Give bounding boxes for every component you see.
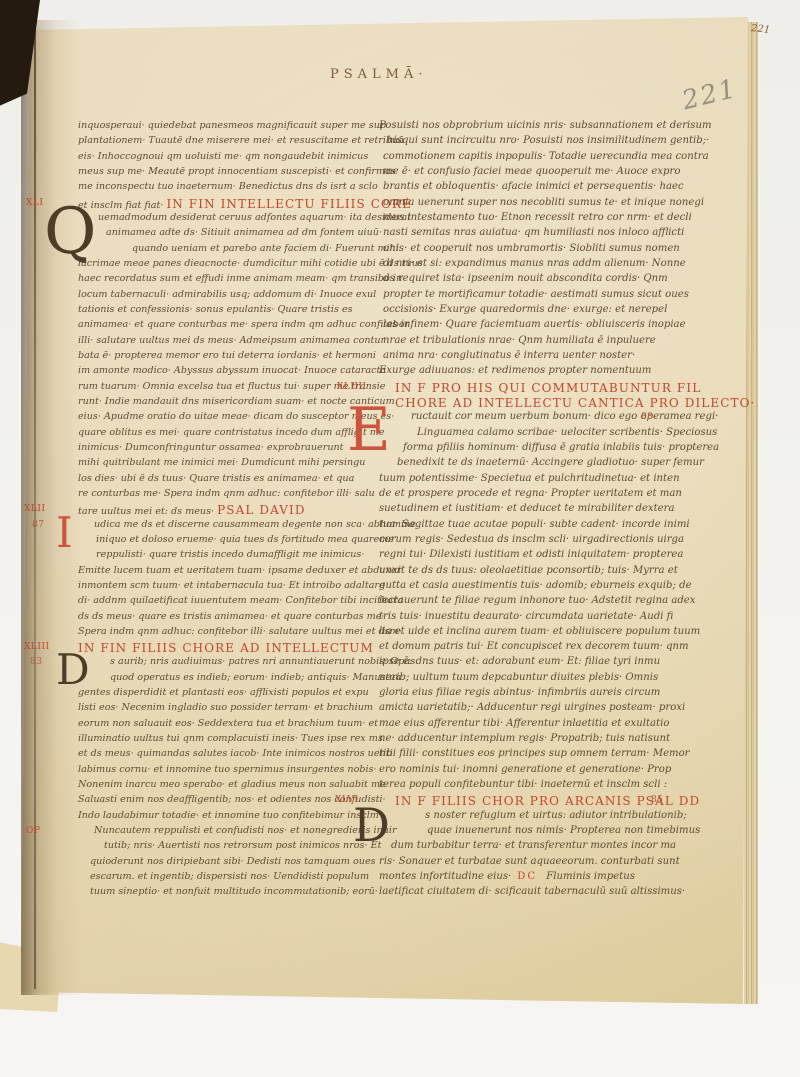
text-line: dum turbabitur terra· et transferentur m… bbox=[379, 840, 741, 855]
text-line: tibi filii· constitues eos principes sup… bbox=[379, 748, 741, 763]
psalm-text: me inconspectu tuo inaeternum· Benedictu… bbox=[78, 181, 378, 192]
text-line: ructauit cor meum uerbum bonum· dico ego… bbox=[379, 411, 741, 426]
psalm-text: bata ē· propterea memor ero tui deterra … bbox=[78, 350, 376, 361]
psalm-text: Nonenim inarcu meo sperabo· et gladius m… bbox=[78, 779, 389, 790]
psalm-text: escarum. et ingentib; dispersisti nos· U… bbox=[90, 871, 369, 882]
text-line: plantationem· Tuautē dne miserere mei· e… bbox=[78, 135, 390, 150]
psalm-text: mus intestamento tuo· Etnon recessit ret… bbox=[383, 212, 692, 223]
text-line: tare uultus mei et: ds meus· PSAL DAVIDX… bbox=[78, 503, 390, 518]
psalm-text: ero nominis tui· inomni generatione et g… bbox=[379, 764, 671, 775]
psalm-text: montes infortitudine eius· bbox=[379, 871, 511, 882]
psalm-text: inimicus· Dumconfringuntur ossamea· expr… bbox=[78, 442, 344, 453]
drop-initial: Q bbox=[44, 208, 96, 258]
psalm-text: laetificat ciuitatem di· scificauit tabe… bbox=[379, 886, 685, 897]
psalm-text: dum turbabitur terra· et transferentur m… bbox=[391, 840, 676, 851]
psalm-text: amicta uarietatib;· Adducentur regi uirg… bbox=[379, 702, 685, 713]
text-line: quare oblitus es mei· quare contristatus… bbox=[78, 427, 390, 442]
text-line: illi· salutare uultus mei ds meus· Admei… bbox=[78, 335, 390, 350]
psalm-text: s noster refugium et uirtus: adiutor int… bbox=[425, 810, 687, 821]
margin-numeral: OP bbox=[26, 826, 40, 836]
text-line: Nonenim inarcu meo sperabo· et gladius m… bbox=[78, 779, 390, 794]
psalm-text: occisionis· Exurge quaredormis dne· exur… bbox=[383, 304, 667, 315]
psalm-text: propter te mortificamur totadie· aestima… bbox=[383, 289, 689, 300]
psalm-text: lectauerunt te filiae regum inhonore tuo… bbox=[379, 595, 695, 606]
psalm-text: anima nra· conglutinatus ē interra uente… bbox=[383, 350, 635, 361]
psalm-text: nerib; uultum tuum depcabuntur diuites p… bbox=[379, 672, 658, 683]
text-line: gloria eius filiae regis abintus· infimb… bbox=[379, 687, 741, 702]
text-line: labimus cornu· et innomine tuo spernimus… bbox=[78, 764, 390, 779]
psalm-text: eorum non saluauit eos· Seddextera tua e… bbox=[78, 718, 378, 729]
text-line: locum tabernaculi· admirabilis usq; addo… bbox=[78, 289, 390, 304]
psalm-text: illi· salutare uultus mei ds meus· Admei… bbox=[78, 335, 385, 346]
psalm-text: nrae et tribulationis nrae· Qnm humiliat… bbox=[383, 335, 656, 346]
text-line: de et prospere procede et regna· Propter… bbox=[379, 488, 741, 503]
text-line: montes infortitudine eius·DC Fluminis im… bbox=[379, 871, 741, 886]
psalm-text: Spera indm qnm adhuc: confitebor illi· s… bbox=[78, 626, 402, 637]
text-line: IN F FILIIS CHOR PRO ARCANIS PSAL DDXLVI… bbox=[379, 794, 741, 809]
psalm-text: quod operatus es indieb; eorum· indieb; … bbox=[110, 672, 401, 683]
text-line: regni tui· Dilexisti iustitiam et odisti… bbox=[379, 549, 741, 564]
text-line: s noster refugium et uirtus: adiutor int… bbox=[379, 810, 741, 825]
text-line: las infinem· Quare faciemtuam auertis· o… bbox=[379, 319, 741, 334]
psalm-text: tationis et confessionis· sonus epulanti… bbox=[78, 304, 353, 315]
psalm-text: di· addnm quilaetificat iuuentutem meam·… bbox=[78, 595, 403, 606]
text-line: me ē· et confusio faciei meae quooperuit… bbox=[379, 166, 741, 181]
text-line: animamea adte ds· Sitiuit animamea ad dm… bbox=[78, 227, 390, 242]
text-line: Linguamea calamo scribae· uelociter scri… bbox=[379, 427, 741, 442]
psalm-text: de et prospere procede et regna· Propter… bbox=[379, 488, 682, 499]
margin-numeral: 83 bbox=[30, 657, 42, 667]
psalm-text: plantationem· Tuautē dne miserere mei· e… bbox=[78, 135, 404, 146]
psalm-text: ructauit cor meum uerbum bonum· dico ego… bbox=[411, 411, 718, 422]
psalm-text: Exurge adiuuanos: et redimenos propter n… bbox=[379, 365, 652, 376]
psalm-text: quioderunt nos diripiebant sibi· Dedisti… bbox=[90, 856, 376, 867]
text-column-right: Posuisti nos obprobrium uicinis nris· su… bbox=[379, 120, 741, 902]
text-line: lectauerunt te filiae regum inhonore tuo… bbox=[379, 595, 741, 610]
text-line: bata ē· propterea memor ero tui deterra … bbox=[78, 350, 390, 365]
margin-numeral: 88 bbox=[641, 412, 653, 422]
psalm-text: reppulisti· quare tristis incedo dumaffl… bbox=[96, 549, 364, 560]
text-line: mihi quitribulant me inimici mei· Dumdic… bbox=[78, 457, 390, 472]
psalm-text: hisqui sunt incircuitu nro· Posuisti nos… bbox=[387, 135, 709, 146]
text-line: ipse ē: dns tuus· et: adorabunt eum· Et:… bbox=[379, 656, 741, 671]
text-line: unxit te ds ds tuus: oleolaetitiae pcons… bbox=[379, 565, 741, 580]
psalm-text: inquosperaui· quiedebat panesmeos magnif… bbox=[78, 120, 386, 131]
text-line: nasti semitas nras auiatua· qm humiliast… bbox=[379, 227, 741, 242]
text-line: suetudinem et iustitiam· et deducet te m… bbox=[379, 503, 741, 518]
drop-initial: D bbox=[56, 654, 90, 687]
text-line: benedixit te ds inaeternū· Accingere gla… bbox=[379, 457, 741, 472]
psalm-text: im amonte modico· Abyssus abyssum inuoca… bbox=[78, 365, 386, 376]
rubric-text: PSAL DAVID bbox=[217, 503, 305, 517]
text-line: meus sup me· Meautē propt innocentiam su… bbox=[78, 166, 390, 181]
psalm-text: quando ueniam et parebo ante faciem di· … bbox=[132, 243, 399, 254]
psalm-text: me ē· et confusio faciei meae quooperuit… bbox=[383, 166, 680, 177]
psalm-text: nasti semitas nras auiatua· qm humiliast… bbox=[383, 227, 684, 238]
folio-number-ink: 221 bbox=[750, 23, 770, 36]
psalm-text: ds requiret ista· ipseenim nouit abscond… bbox=[383, 273, 668, 284]
text-line: IN FIN FILIIS CHORE AD INTELLECTUMXLIII bbox=[78, 641, 390, 656]
psalm-text: mae eius afferentur tibi· Afferentur inl… bbox=[379, 718, 669, 729]
text-column-left: inquosperaui· quiedebat panesmeos magnif… bbox=[78, 120, 390, 902]
text-line: Posuisti nos obprobrium uicinis nris· su… bbox=[379, 120, 741, 135]
text-line: inmontem scm tuum· et intabernacula tua·… bbox=[78, 580, 390, 595]
text-line: ris· Sonauer et turbatae sunt aquaeeorum… bbox=[379, 856, 741, 871]
text-line: amicta uarietatib;· Adducentur regi uirg… bbox=[379, 702, 741, 717]
psalm-text: animamea· et quare conturbas me· spera i… bbox=[78, 319, 409, 330]
text-line: runt· Indie mandauit dns misericordiam s… bbox=[78, 396, 390, 411]
psalm-text: tutib; nris· Auertisti nos retrorsum pos… bbox=[104, 840, 381, 851]
text-line: inquosperaui· quiedebat panesmeos magnif… bbox=[78, 120, 390, 135]
drop-initial: E bbox=[347, 407, 391, 454]
text-line: onis· et cooperuit nos umbramortis· Siob… bbox=[379, 243, 741, 258]
text-line: occisionis· Exurge quaredormis dne· exur… bbox=[379, 304, 741, 319]
psalm-text: di nri· et si: expandimus manus nras add… bbox=[383, 258, 686, 269]
psalm-text: re conturbas me· Spera indm qnm adhuc: c… bbox=[78, 488, 375, 499]
text-line: re conturbas me· Spera indm qnm adhuc: c… bbox=[78, 488, 390, 503]
text-line: gentes disperdidit et plantasti eos· aff… bbox=[78, 687, 390, 702]
psalm-text: gloria eius filiae regis abintus· infimb… bbox=[379, 687, 660, 698]
psalm-text: lia et uide et inclina aurem tuam· et ob… bbox=[379, 626, 700, 637]
psalm-text: ds ds meus· quare es tristis animamea· e… bbox=[78, 611, 384, 622]
psalm-text: tare uultus mei et: ds meus· bbox=[78, 506, 217, 517]
text-line: animamea· et quare conturbas me· spera i… bbox=[78, 319, 390, 334]
margin-numeral: XLIII bbox=[24, 642, 50, 652]
psalm-text: et domum patris tui· Et concupiscet rex … bbox=[379, 641, 689, 652]
drop-initial: D bbox=[353, 808, 390, 844]
text-line: im amonte modico· Abyssus abyssum inuoca… bbox=[78, 365, 390, 380]
psalm-text: regni tui· Dilexisti iustitiam et odisti… bbox=[379, 549, 683, 560]
text-line: ne· adducentur intemplum regis· Propatri… bbox=[379, 733, 741, 748]
psalm-text: tris tuis· inuestitu deaurato· circumdat… bbox=[379, 611, 673, 622]
text-line: Indo laudabimur totadie· et innomine tuo… bbox=[78, 810, 390, 825]
psalm-text: tuum sineptio· et nonfuit multitudo inco… bbox=[90, 886, 378, 897]
psalm-text: et ds meus· quimandas salutes iacob· Int… bbox=[78, 748, 393, 759]
text-line: tua· Sagittae tuae acutae populi· subte … bbox=[379, 519, 741, 534]
psalm-text: gutta et casia auestimentis tuis· adomib… bbox=[379, 580, 692, 591]
margin-numeral: 85 bbox=[651, 795, 663, 805]
psalm-text: lacrimae meae panes dieacnocte· dumdicit… bbox=[78, 258, 423, 269]
text-line: tuum potentissime· Specietua et pulchrit… bbox=[379, 473, 741, 488]
running-title: PSALMĀ· bbox=[330, 67, 428, 82]
psalm-text: forma pfiliis hominum· diffusa ē gratia … bbox=[403, 442, 719, 453]
text-line: quando ueniam et parebo ante faciem di· … bbox=[78, 243, 390, 258]
psalm-text: iniquo et doloso erueme· quia tues ds fo… bbox=[96, 534, 394, 545]
text-line: quioderunt nos diripiebant sibi· Dedisti… bbox=[78, 856, 390, 871]
text-line: eorum non saluauit eos· Seddextera tua e… bbox=[78, 718, 390, 733]
text-line: commotionem capitis inpopulis· Totadie u… bbox=[379, 151, 741, 166]
text-line: omnia uenerunt super nos necobliti sumus… bbox=[379, 197, 741, 212]
rubric-text: IN FIN FILIIS CHORE AD INTELLECTUM bbox=[78, 641, 374, 655]
text-line: anima nra· conglutinatus ē interra uente… bbox=[379, 350, 741, 365]
psalm-text: terea populi confitebuntur tibi· inaeter… bbox=[379, 779, 667, 790]
psalm-text: meus sup me· Meautē propt innocentiam su… bbox=[78, 166, 396, 177]
psalm-text: labimus cornu· et innomine tuo spernimus… bbox=[78, 764, 377, 775]
text-line: s aurib; nris audiuimus· patres nri annu… bbox=[78, 656, 390, 671]
psalm-text: ne· adducentur intemplum regis· Propatri… bbox=[379, 733, 670, 744]
text-line: udica me ds et discerne causammeam degen… bbox=[78, 519, 390, 534]
psalm-text: Fluminis impetus bbox=[543, 871, 635, 882]
text-line: di· addnm quilaetificat iuuentutem meam·… bbox=[78, 595, 390, 610]
text-line: quod operatus es indieb; eorum· indieb; … bbox=[78, 672, 390, 687]
psalm-text: Indo laudabimur totadie· et innomine tuo… bbox=[78, 810, 382, 821]
text-line: lia et uide et inclina aurem tuam· et ob… bbox=[379, 626, 741, 641]
psalm-text: haec recordatus sum et effudi inme anima… bbox=[78, 273, 402, 284]
text-line: lacrimae meae panes dieacnocte· dumdicit… bbox=[78, 258, 390, 273]
text-line: et domum patris tui· Et concupiscet rex … bbox=[379, 641, 741, 656]
text-line: laetificat ciuitatem di· scificauit tabe… bbox=[379, 886, 741, 901]
psalm-text: los dies· ubi ē ds tuus· Quare tristis e… bbox=[78, 473, 354, 484]
text-line: tris tuis· inuestitu deaurato· circumdat… bbox=[379, 611, 741, 626]
text-line: iniquo et doloso erueme· quia tues ds fo… bbox=[78, 534, 390, 549]
psalm-text: eis· Inhoccognoui qm uoluisti me· qm non… bbox=[78, 151, 368, 162]
psalm-text: quare oblitus es mei· quare contristatus… bbox=[78, 427, 385, 438]
rubric-text: IN FIN INTELLECTU FILIIS CORE bbox=[166, 197, 412, 211]
psalm-text: ris· Sonauer et turbatae sunt aquaeeorum… bbox=[379, 856, 680, 867]
text-line: uemadmodum desiderat ceruus adfontes aqu… bbox=[78, 212, 390, 227]
margin-numeral: XLI bbox=[26, 198, 43, 208]
psalm-text: udica me ds et discerne causammeam degen… bbox=[94, 519, 416, 530]
psalm-text: gentes disperdidit et plantasti eos· aff… bbox=[78, 687, 369, 698]
text-line: tationis et confessionis· sonus epulanti… bbox=[78, 304, 390, 319]
text-line: Nuncautem reppulisti et confudisti nos· … bbox=[78, 825, 390, 840]
psalm-text: listi eos· Necenim ingladio suo possider… bbox=[78, 702, 373, 713]
drop-initial: I bbox=[56, 517, 73, 550]
psalm-text: ipse ē: dns tuus· et: adorabunt eum· Et:… bbox=[379, 656, 660, 667]
text-line: CHORE AD INTELLECTU CANTICA PRO DILECTO· bbox=[379, 396, 741, 411]
text-line: mus intestamento tuo· Etnon recessit ret… bbox=[379, 212, 741, 227]
text-line: mae eius afferentur tibi· Afferentur inl… bbox=[379, 718, 741, 733]
psalm-text: illuminatio uultus tui qnm complacuisti … bbox=[78, 733, 383, 744]
psalm-text: tuum potentissime· Specietua et pulchrit… bbox=[379, 473, 680, 484]
psalm-text: quae inuenerunt nos nimis· Propterea non… bbox=[427, 825, 700, 836]
text-line: eis· Inhoccognoui qm uoluisti me· qm non… bbox=[78, 151, 390, 166]
text-line: propter te mortificamur totadie· aestima… bbox=[379, 289, 741, 304]
psalm-text: locum tabernaculi· admirabilis usq; addo… bbox=[78, 289, 376, 300]
text-line: listi eos· Necenim ingladio suo possider… bbox=[78, 702, 390, 717]
psalm-text: animamea adte ds· Sitiuit animamea ad dm… bbox=[106, 227, 382, 238]
psalm-text: las infinem· Quare faciemtuam auertis· o… bbox=[383, 319, 686, 330]
psalm-text: tibi filii· constitues eos principes sup… bbox=[379, 748, 690, 759]
psalm-text: suetudinem et iustitiam· et deducet te m… bbox=[379, 503, 675, 514]
text-line: ds requiret ista· ipseenim nouit abscond… bbox=[379, 273, 741, 288]
margin-numeral: XLIIII bbox=[337, 382, 367, 392]
psalm-text: s aurib; nris audiuimus· patres nri annu… bbox=[110, 656, 415, 667]
psalm-text: DC bbox=[511, 871, 543, 882]
psalm-text: onis· et cooperuit nos umbramortis· Siob… bbox=[383, 243, 680, 254]
psalm-text: Linguamea calamo scribae· uelociter scri… bbox=[417, 427, 717, 438]
psalm-text: omnia uenerunt super nos necobliti sumus… bbox=[383, 197, 704, 208]
psalm-text: Emitte lucem tuam et ueritatem tuam· ips… bbox=[78, 565, 401, 576]
text-line: Spera indm qnm adhuc: confitebor illi· s… bbox=[78, 626, 390, 641]
psalm-text: uemadmodum desiderat ceruus adfontes aqu… bbox=[98, 212, 411, 223]
psalm-text: inmontem scm tuum· et intabernacula tua·… bbox=[78, 580, 385, 591]
text-line: illuminatio uultus tui qnm complacuisti … bbox=[78, 733, 390, 748]
text-line: Exurge adiuuanos: et redimenos propter n… bbox=[379, 365, 741, 380]
text-line: escarum. et ingentib; dispersisti nos· U… bbox=[78, 871, 390, 886]
text-line: nerib; uultum tuum depcabuntur diuites p… bbox=[379, 672, 741, 687]
text-line: et insclm fiat fiat· IN FIN INTELLECTU F… bbox=[78, 197, 390, 212]
psalm-text: mihi quitribulant me inimici mei· Dumdic… bbox=[78, 457, 365, 468]
psalm-text: tua· Sagittae tuae acutae populi· subte … bbox=[379, 519, 690, 530]
margin-numeral: 87 bbox=[32, 520, 44, 530]
text-line: tuum sineptio· et nonfuit multitudo inco… bbox=[78, 886, 390, 901]
psalm-text: brantis et obloquentis· afacie inimici e… bbox=[383, 181, 684, 192]
text-line: nrae et tribulationis nrae· Qnm humiliat… bbox=[379, 335, 741, 350]
rubric-text: CHORE AD INTELLECTU CANTICA PRO DILECTO· bbox=[395, 396, 755, 410]
psalm-text: Posuisti nos obprobrium uicinis nris· su… bbox=[379, 120, 712, 131]
text-line: corum regis· Sedestua ds insclm scli· ui… bbox=[379, 534, 741, 549]
psalm-text: commotionem capitis inpopulis· Totadie u… bbox=[383, 151, 709, 162]
text-line: Emitte lucem tuam et ueritatem tuam· ips… bbox=[78, 565, 390, 580]
text-line: me inconspectu tuo inaeternum· Benedictu… bbox=[78, 181, 390, 196]
psalm-text: unxit te ds ds tuus: oleolaetitiae pcons… bbox=[379, 565, 678, 576]
margin-numeral: XLII bbox=[24, 504, 46, 514]
text-line: ero nominis tui· inomni generatione et g… bbox=[379, 764, 741, 779]
text-line: brantis et obloquentis· afacie inimici e… bbox=[379, 181, 741, 196]
text-line: tutib; nris· Auertisti nos retrorsum pos… bbox=[78, 840, 390, 855]
psalm-text: Nuncautem reppulisti et confudisti nos· … bbox=[94, 825, 397, 836]
text-line: et ds meus· quimandas salutes iacob· Int… bbox=[78, 748, 390, 763]
text-line: gutta et casia auestimentis tuis· adomib… bbox=[379, 580, 741, 595]
manuscript-photo: PSALMĀ· 221 221 inquosperaui· quiedebat … bbox=[0, 0, 800, 1077]
text-line: los dies· ubi ē ds tuus· Quare tristis e… bbox=[78, 473, 390, 488]
text-line: di nri· et si: expandimus manus nras add… bbox=[379, 258, 741, 273]
text-line: forma pfiliis hominum· diffusa ē gratia … bbox=[379, 442, 741, 457]
text-line: reppulisti· quare tristis incedo dumaffl… bbox=[78, 549, 390, 564]
text-line: ds ds meus· quare es tristis animamea· e… bbox=[78, 611, 390, 626]
text-line: hisqui sunt incircuitu nro· Posuisti nos… bbox=[379, 135, 741, 150]
text-line: terea populi confitebuntur tibi· inaeter… bbox=[379, 779, 741, 794]
text-line: quae inuenerunt nos nimis· Propterea non… bbox=[379, 825, 741, 840]
text-line: IN F PRO HIS QUI COMMUTABUNTUR FILXLIIII bbox=[379, 381, 741, 396]
text-line: inimicus· Dumconfringuntur ossamea· expr… bbox=[78, 442, 390, 457]
rubric-text: IN F PRO HIS QUI COMMUTABUNTUR FIL bbox=[395, 381, 701, 395]
psalm-text: benedixit te ds inaeternū· Accingere gla… bbox=[397, 457, 704, 468]
text-line: eius· Apudme oratio do uitae meae· dicam… bbox=[78, 411, 390, 426]
psalm-text: corum regis· Sedestua ds insclm scli· ui… bbox=[379, 534, 684, 545]
text-line: haec recordatus sum et effudi inme anima… bbox=[78, 273, 390, 288]
